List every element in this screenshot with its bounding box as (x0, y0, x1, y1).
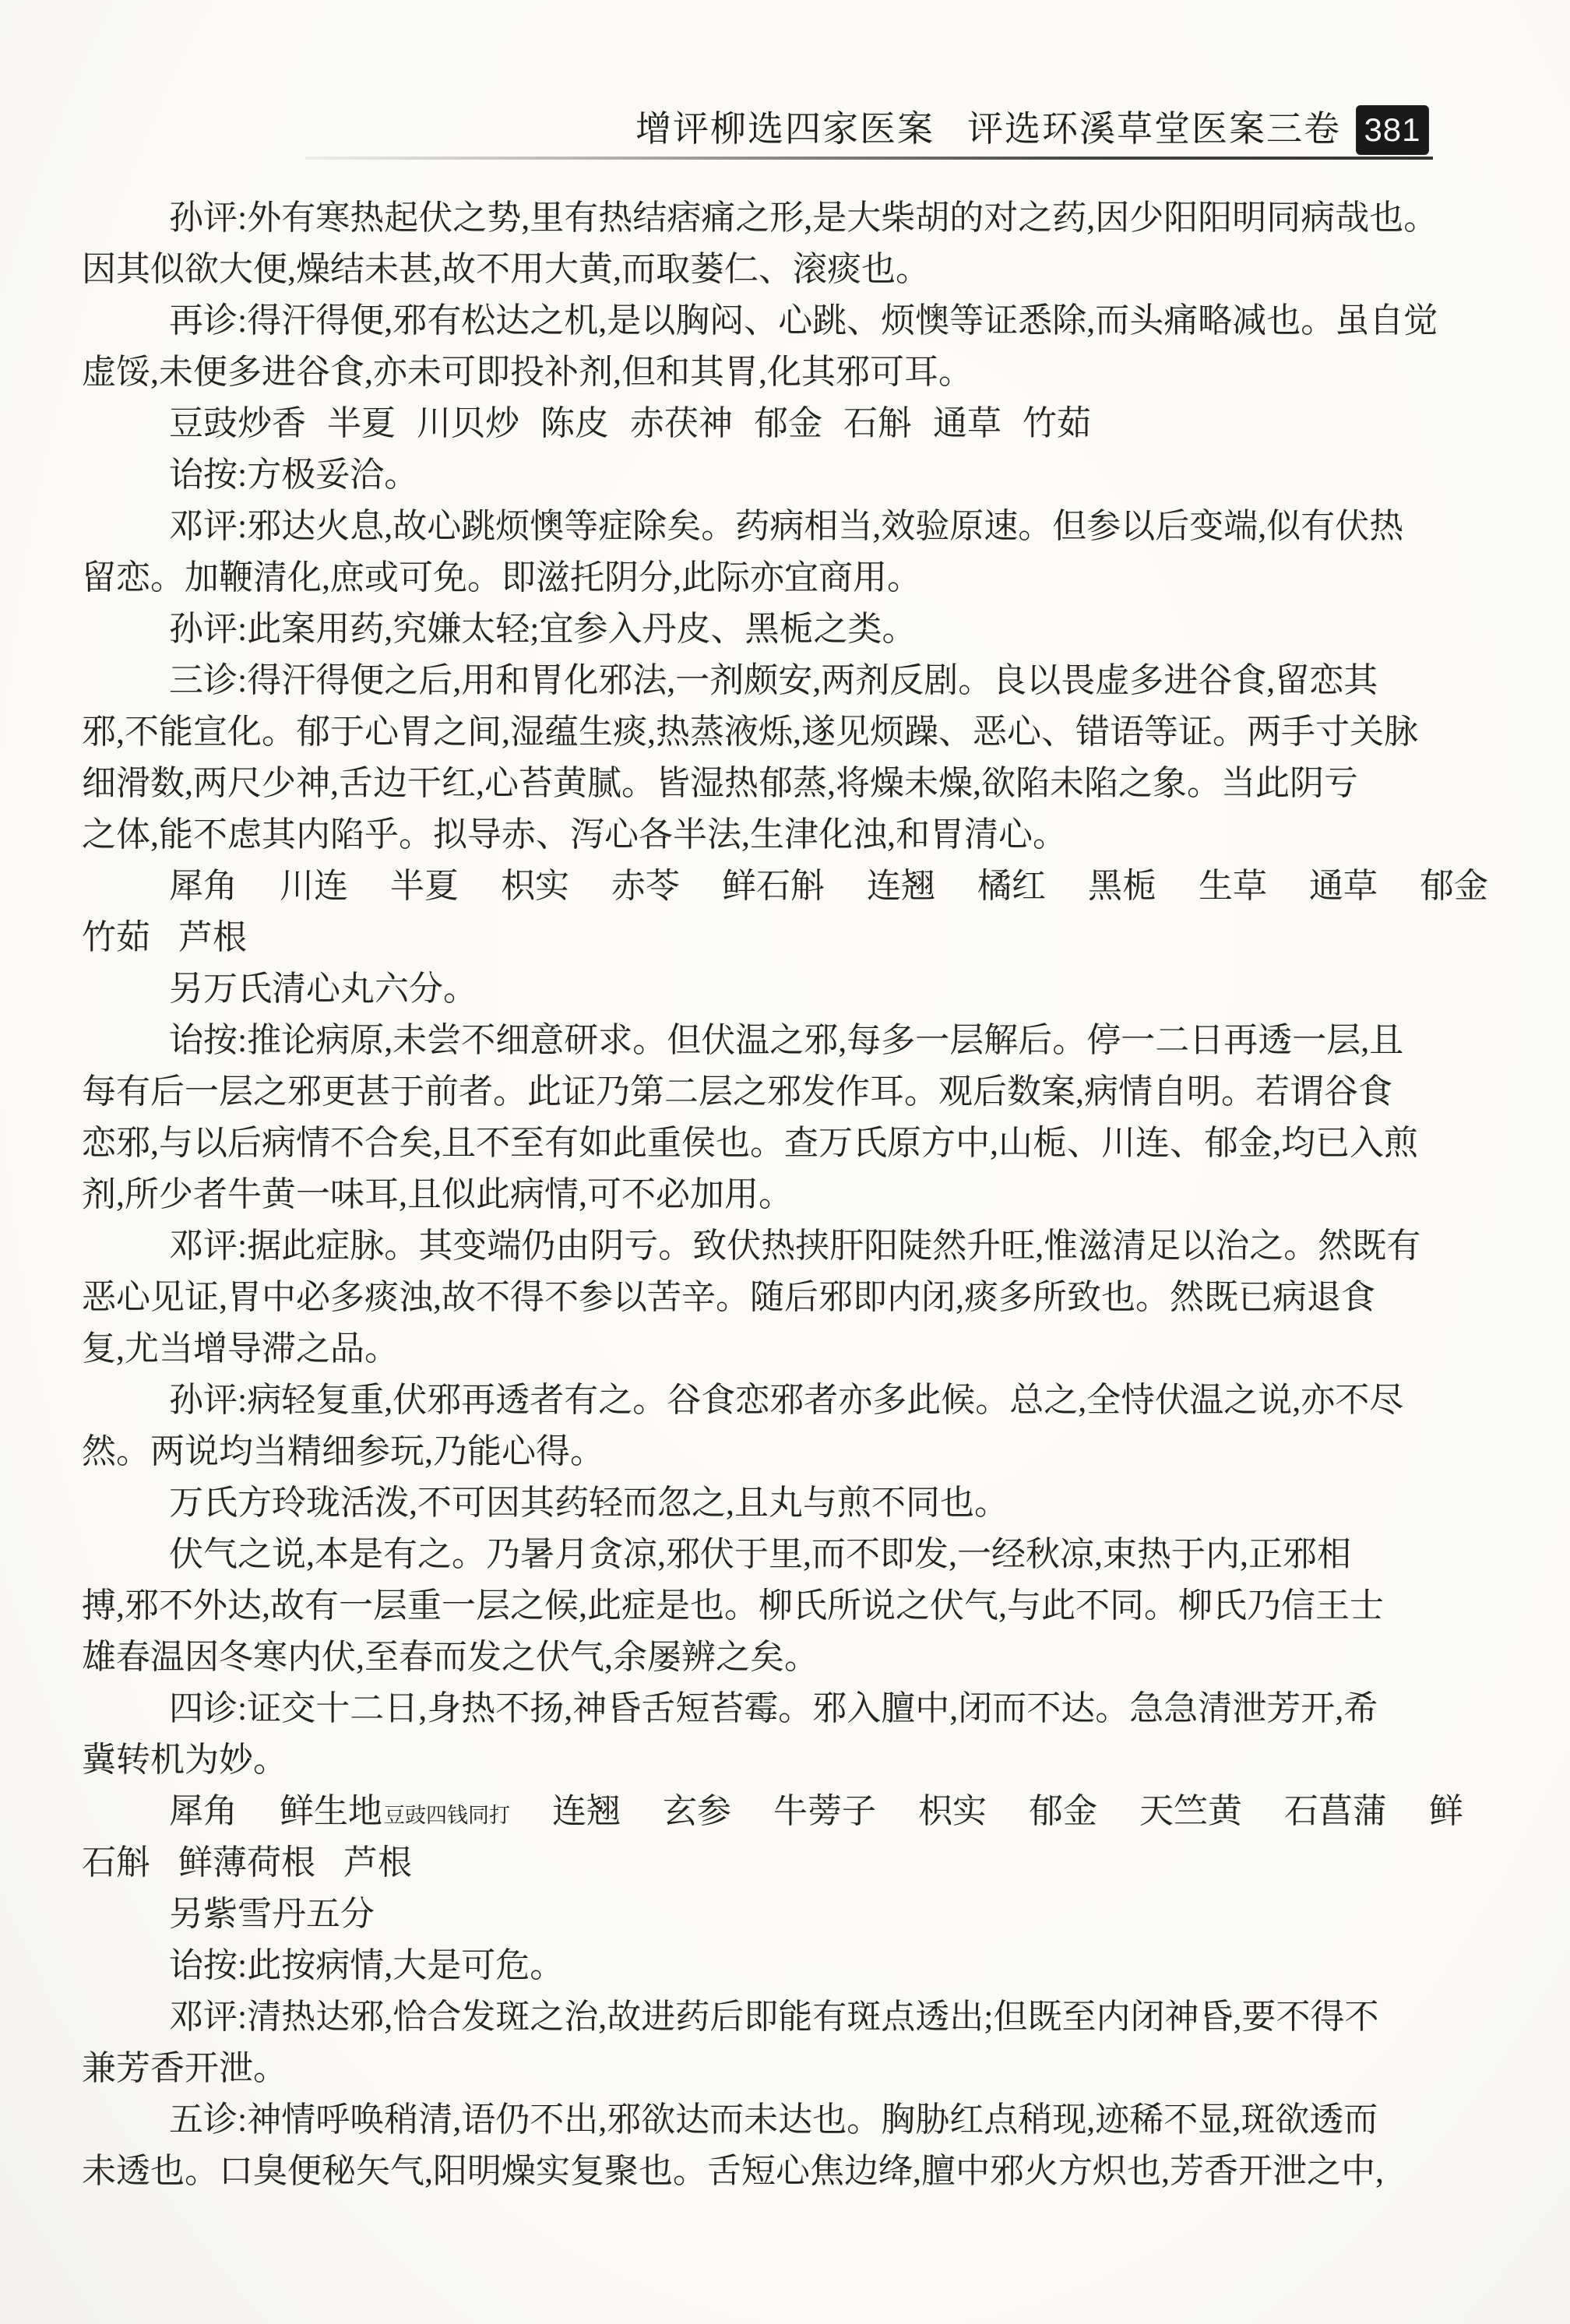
herb-name: 连翘 (867, 861, 935, 912)
text-line: 细滑数,两尺少神,舌边干红,心苔黄腻。皆湿热郁蒸,将燥未燥,欲陷未陷之象。当此阴… (82, 758, 1530, 809)
herb-name: 郁金 (754, 398, 822, 449)
herb-name: 牛蒡子 (773, 1786, 876, 1837)
herb-name: 枳实 (501, 861, 569, 912)
herb-name: 赤苓 (611, 861, 680, 912)
text-line: 诒按:方极妥洽。 (82, 449, 1530, 501)
text-line: 兼芳香开泄。 (82, 2043, 1530, 2094)
herb-name: 鲜生地 (280, 1786, 382, 1837)
text-line: 诒按:推论病原,未尝不细意研求。但伏温之邪,每多一层解后。停一二日再透一层,且 (82, 1015, 1530, 1066)
herb-name: 竹茹 (1023, 398, 1091, 449)
text-line: 另万氏清心丸六分。 (82, 963, 1530, 1015)
herb-name: 川连 (280, 861, 348, 912)
prescription-line: 豆豉炒香半夏川贝炒陈皮赤茯神郁金石斛通草竹茹 (82, 398, 1530, 449)
text-line: 剂,所少者牛黄一味耳,且似此病情,可不必加用。 (82, 1169, 1530, 1220)
herb-name: 芦根 (178, 912, 247, 963)
text-line: 三诊:得汗得便之后,用和胃化邪法,一剂颇安,两剂反剧。良以畏虚多进谷食,留恋其 (82, 655, 1530, 706)
text-line: 邓评:据此症脉。其变端仍由阴亏。致伏热挟肝阳陡然升旺,惟滋清足以治之。然既有 (82, 1220, 1530, 1272)
herb-name: 石菖蒲 (1284, 1786, 1387, 1837)
herb-name: 芦根 (343, 1837, 412, 1889)
text-line: 之体,能不虑其内陷乎。拟导赤、泻心各半法,生津化浊,和胃清心。 (82, 809, 1530, 861)
herb-name: 犀角 (169, 861, 238, 912)
running-title-left: 增评柳选四家医案 (635, 109, 935, 149)
prescription-line: 竹茹芦根 (82, 912, 1530, 963)
herb-name: 石斛 (82, 1837, 150, 1889)
text-line: 虚馁,未便多进谷食,亦未可即投补剂,但和其胃,化其邪可耳。 (82, 347, 1530, 398)
text-line: 因其似欲大便,燥结未甚,故不用大黄,而取蒌仁、滚痰也。 (82, 244, 1530, 295)
herb-name: 鲜薄荷根 (178, 1837, 315, 1889)
herb-name: 枳实 (918, 1786, 987, 1837)
herb-name: 连翘 (552, 1786, 621, 1837)
text-line: 孙评:外有寒热起伏之势,里有热结痞痛之形,是大柴胡的对之药,因少阳阳明同病哉也。 (82, 192, 1530, 244)
text-line: 恋邪,与以后病情不合矣,且不至有如此重侯也。查万氏原方中,山栀、川连、郁金,均已… (82, 1118, 1530, 1169)
text-line: 五诊:神情呼唤稍清,语仍不出,邪欲达而未达也。胸胁红点稍现,迹稀不显,斑欲透而 (82, 2094, 1530, 2146)
herb-name: 豆豉炒香 (169, 398, 306, 449)
prescription-line: 犀角鲜生地豆豉四钱同打连翘玄参牛蒡子枳实郁金天竺黄石菖蒲鲜 (82, 1786, 1530, 1837)
text-line: 再诊:得汗得便,邪有松达之机,是以胸闷、心跳、烦懊等证悉除,而头痛略减也。虽自觉 (82, 295, 1530, 347)
body-text: 孙评:外有寒热起伏之势,里有热结痞痛之形,是大柴胡的对之药,因少阳阳明同病哉也。… (82, 192, 1530, 2197)
prescription-line: 石斛鲜薄荷根芦根 (82, 1837, 1530, 1889)
text-line: 四诊:证交十二日,身热不扬,神昏舌短苔霉。邪入膻中,闭而不达。急急清泄芳开,希 (82, 1683, 1530, 1734)
herb-name: 赤茯神 (630, 398, 733, 449)
text-line: 万氏方玲珑活泼,不可因其药轻而忽之,且丸与煎不同也。 (82, 1477, 1530, 1529)
herb-name: 犀角 (169, 1786, 238, 1837)
herb-name: 通草 (1309, 861, 1378, 912)
herb-name: 郁金 (1420, 861, 1488, 912)
text-line: 雄春温因冬寒内伏,至春而发之伏气,余屡辨之矣。 (82, 1632, 1530, 1683)
page-number: 381 (1364, 111, 1420, 149)
text-line: 另紫雪丹五分 (82, 1889, 1530, 1940)
herb-name: 通草 (933, 398, 1001, 449)
text-line: 冀转机为妙。 (82, 1734, 1530, 1786)
herb-name: 天竺黄 (1139, 1786, 1242, 1837)
text-line: 恶心见证,胃中必多痰浊,故不得不参以苦辛。随后邪即内闭,痰多所致也。然既已病退食 (82, 1272, 1530, 1323)
herb-name: 川贝炒 (417, 398, 519, 449)
text-line: 孙评:此案用药,究嫌太轻;宜参入丹皮、黑栀之类。 (82, 604, 1530, 655)
herb-name: 橘红 (977, 861, 1046, 912)
text-line: 复,尤当增导滞之品。 (82, 1323, 1530, 1375)
herb-name: 生草 (1199, 861, 1267, 912)
herb-name: 石斛 (843, 398, 912, 449)
herb-name: 半夏 (327, 398, 396, 449)
dosage-note: 豆豉四钱同打 (384, 1790, 510, 1841)
prescription-line: 犀角川连半夏枳实赤苓鲜石斛连翘橘红黑栀生草通草郁金 (82, 861, 1530, 912)
herb-name: 鲜石斛 (722, 861, 825, 912)
herb-name: 黑栀 (1088, 861, 1156, 912)
herb-name: 竹茹 (82, 912, 150, 963)
text-line: 邪,不能宣化。郁于心胃之间,湿蕴生痰,热蒸液烁,遂见烦躁、恶心、错语等证。两手寸… (82, 706, 1530, 758)
text-line: 未透也。口臭便秘矢气,阳明燥实复聚也。舌短心焦边绛,膻中邪火方炽也,芳香开泄之中… (82, 2146, 1530, 2197)
book-page: 增评柳选四家医案评选环溪草堂医案三卷 381 孙评:外有寒热起伏之势,里有热结痞… (0, 0, 1570, 2324)
herb-name: 陈皮 (540, 398, 609, 449)
text-line: 孙评:病轻复重,伏邪再透者有之。谷食恋邪者亦多此候。总之,全恃伏温之说,亦不尽 (82, 1375, 1530, 1426)
herb-name: 半夏 (390, 861, 459, 912)
running-title: 增评柳选四家医案评选环溪草堂医案三卷 (0, 109, 1341, 150)
page-number-badge: 381 (1357, 106, 1428, 154)
herb-name: 玄参 (663, 1786, 731, 1837)
text-line: 邓评:邪达火息,故心跳烦懊等症除矣。药病相当,效验原速。但参以后变端,似有伏热 (82, 501, 1530, 552)
text-line: 诒按:此按病情,大是可危。 (82, 1940, 1530, 1991)
text-line: 每有后一层之邪更甚于前者。此证乃第二层之邪发作耳。观后数案,病情自明。若谓谷食 (82, 1066, 1530, 1118)
text-line: 留恋。加鞭清化,庶或可免。即滋托阴分,此际亦宜商用。 (82, 552, 1530, 604)
running-title-right: 评选环溪草堂医案三卷 (967, 109, 1341, 149)
header-rule (305, 157, 1433, 160)
text-line: 邓评:清热达邪,恰合发斑之治,故进药后即能有斑点透出;但既至内闭神昏,要不得不 (82, 1991, 1530, 2043)
text-line: 然。两说均当精细参玩,乃能心得。 (82, 1426, 1530, 1477)
herb-name: 郁金 (1029, 1786, 1097, 1837)
text-line: 搏,邪不外达,故有一层重一层之候,此症是也。柳氏所说之伏气,与此不同。柳氏乃信王… (82, 1580, 1530, 1632)
text-line: 伏气之说,本是有之。乃暑月贪凉,邪伏于里,而不即发,一经秋凉,束热于内,正邪相 (82, 1529, 1530, 1580)
herb-name: 鲜 (1429, 1786, 1463, 1837)
